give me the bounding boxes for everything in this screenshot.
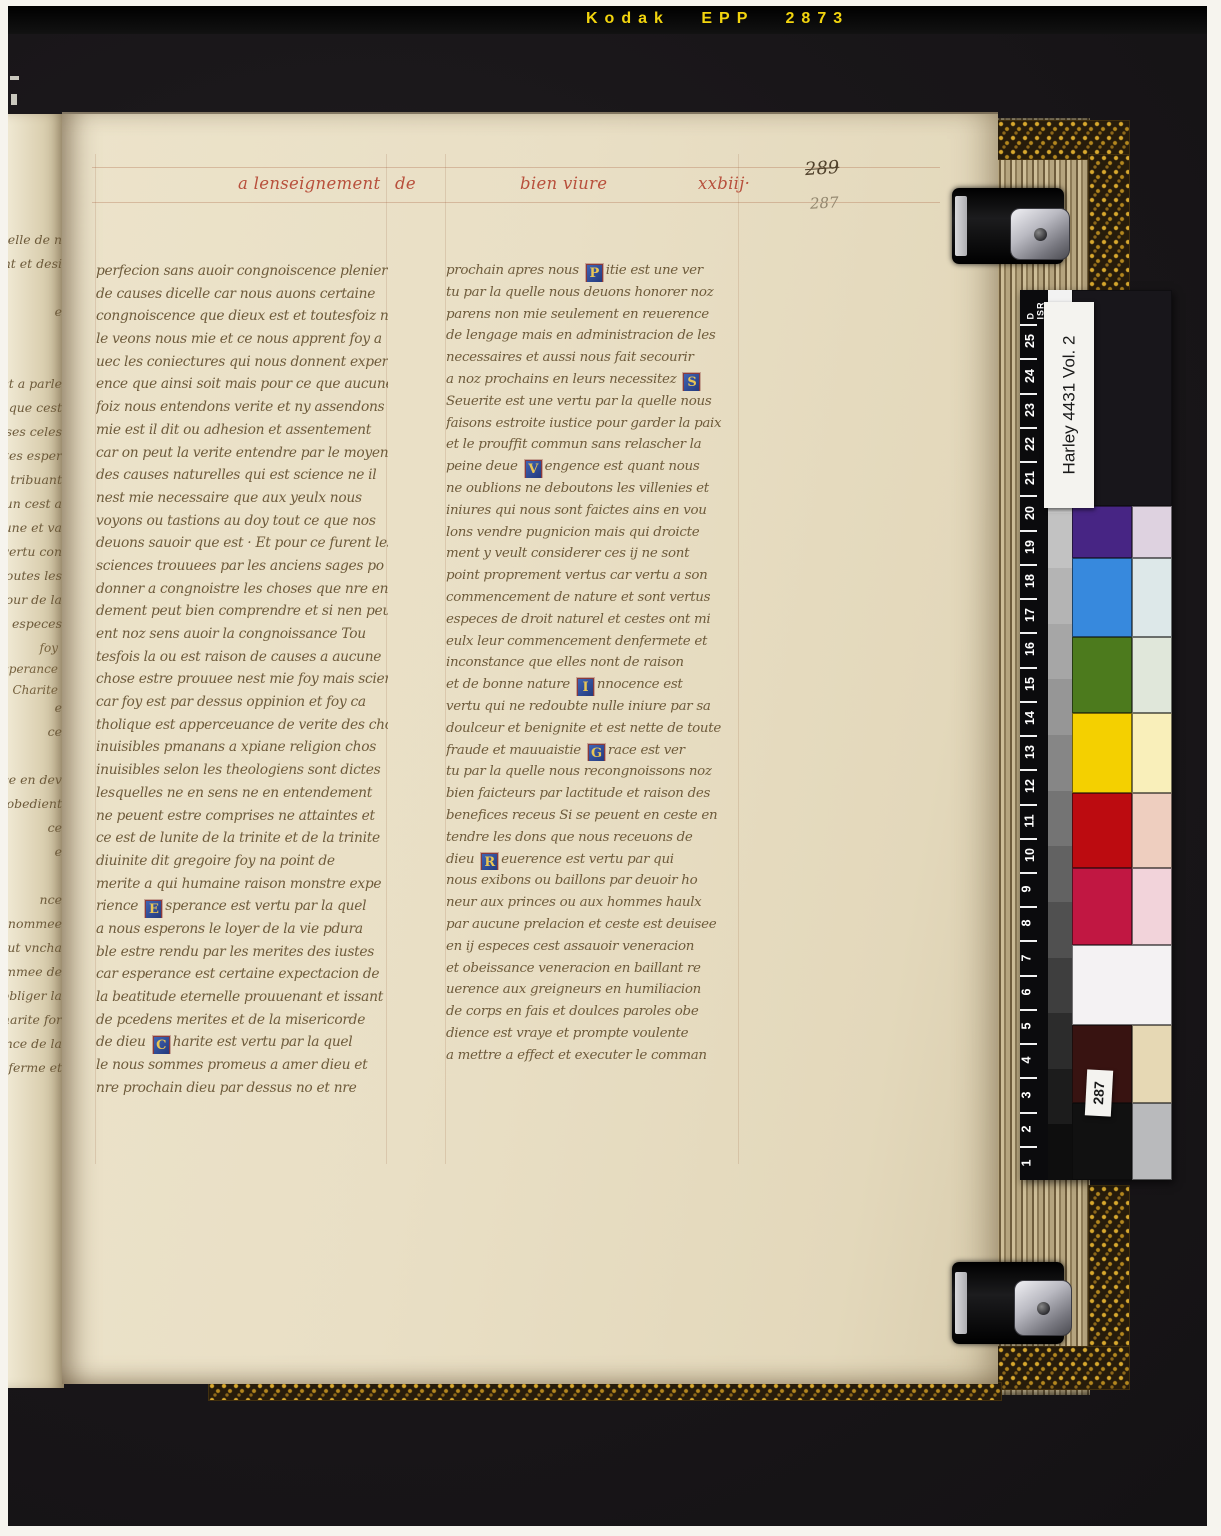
color-patch-crimson — [1072, 868, 1132, 945]
illuminated-initial: G — [588, 744, 605, 762]
manuscript-line: par aucune prelacion et ceste est deuise… — [446, 914, 738, 936]
manuscript-line: tholique est apperceuance de verite des … — [96, 714, 388, 737]
illuminated-initial: R — [481, 853, 498, 871]
manuscript-line: foiz nous entendons verite et ny assendo… — [96, 396, 388, 419]
color-patch-dark-brown-tint — [1132, 1025, 1172, 1103]
fragment-line: e — [8, 840, 62, 864]
fragment-line: noissance de la — [8, 1032, 62, 1056]
manuscript-line: inuisibles pmanans a xpiane religion cho… — [96, 736, 388, 759]
fragment-line: ement et desi — [8, 252, 62, 276]
manuscript-line: de dieu Charite est vertu par la quel — [96, 1031, 388, 1054]
manuscript-line: peine deue Vengence est quant nous — [446, 456, 738, 478]
manuscript-line: a noz prochains en leurs necessitez S — [446, 369, 738, 391]
film-stock-label: Kodak EPP 2873 — [586, 10, 849, 28]
manuscript-line: sciences trouuees par les anciens sages … — [96, 555, 388, 578]
color-patch-crimson-tint — [1132, 868, 1172, 945]
folio-number-pencil: 287 — [810, 193, 840, 212]
fragment-line: ce — [8, 720, 62, 744]
manuscript-line: de corps en fais et doulces paroles obe — [446, 1001, 738, 1023]
fragment-line: ainsi nommee — [8, 912, 62, 936]
fragment-line: ont il est a parle — [8, 372, 62, 396]
manuscript-line: le veons nous mie et ce nous apprent foy… — [96, 328, 388, 351]
manuscript-line: inuisibles selon les theologiens sont di… — [96, 759, 388, 782]
manuscript-line: nre prochain dieu par dessus no et nre — [96, 1077, 388, 1100]
text-column-2: prochain apres nous Pitie est une vertu … — [446, 260, 738, 1066]
gilt-binding-bottom-edge — [985, 1346, 1130, 1390]
manuscript-line: uec les coniectures qui nous donnent exp… — [96, 351, 388, 374]
ruler-tick: 6 — [1020, 975, 1048, 1009]
manuscript-line: dement peut bien comprendre et si nen pe… — [96, 600, 388, 623]
manuscript-line: vertu qui ne redoubte nulle iniure par s… — [446, 696, 738, 718]
manuscript-line: donner a congnoistre les choses que nre … — [96, 578, 388, 601]
manuscript-line: de lengage mais en administracion de les — [446, 325, 738, 347]
manuscript-line: tesfois la ou est raison de causes a auc… — [96, 646, 388, 669]
manuscript-line: especes de droit naturel et cestes ont m… — [446, 609, 738, 631]
color-patch-blue — [1072, 558, 1132, 637]
manuscript-line: et le prouffit commun sans relascher la — [446, 434, 738, 456]
manuscript-line: et obeissance veneracion en baillant re — [446, 958, 738, 980]
color-calibration-strip: D ISR25242322212019181716151413121110987… — [1020, 290, 1172, 1180]
illuminated-initial: P — [586, 264, 603, 282]
color-patch-red — [1072, 793, 1132, 868]
ruler-tick: 2 — [1020, 1112, 1048, 1146]
gray-step — [1048, 958, 1072, 1014]
fragment-line: dicte vertu con — [8, 540, 62, 564]
facing-page-margin-notes: foyEsperanceCharite — [8, 638, 58, 701]
manuscript-line: neur aux princes ou aux hommes haulx — [446, 892, 738, 914]
manuscript-line: eulx leur commencement denfermete et — [446, 631, 738, 653]
illuminated-initial: S — [683, 373, 700, 391]
fragment-line: chacun cest a — [8, 492, 62, 516]
manuscript-line: chose estre prouuee nest mie foy mais sc… — [96, 668, 388, 691]
facing-page-text-fragments: ece ce et ce en devrede obedientcee ncea… — [8, 696, 62, 1080]
film-edge-strip: Kodak EPP 2873 — [8, 6, 1207, 34]
fragment-line: foy — [8, 638, 58, 659]
gray-step — [1048, 1069, 1072, 1125]
fragment-line — [8, 744, 62, 768]
ruler-tick: 11 — [1020, 804, 1048, 838]
color-patch-row — [1072, 506, 1172, 558]
manuscript-line: fraude et mauuaistie Grace est ver — [446, 740, 738, 762]
fragment-line: ement que cest — [8, 396, 62, 420]
ruler-tick: 10 — [1020, 838, 1048, 872]
folio-sticker: 287 — [1085, 1069, 1113, 1116]
manuscript-line: voyons ou tastions au doy tout ce que no… — [96, 510, 388, 533]
background-felt: Kodak EPP 2873 charnelle de nement et de… — [8, 6, 1207, 1526]
manuscript-line: inconstance que elles nont de raison — [446, 652, 738, 674]
manuscript-line: la beatitude eternelle prouuenant et iss… — [96, 986, 388, 1009]
manuscript-line: ence que ainsi soit mais pour ce que auc… — [96, 373, 388, 396]
manuscript-line: bien faicteurs par lactitude et raison d… — [446, 783, 738, 805]
color-patch-yellow-tint — [1132, 713, 1172, 793]
manuscript-line: tu par la quelle nous deuons honorer noz — [446, 282, 738, 304]
manuscript-line: car esperance est certaine expectacion d… — [96, 963, 388, 986]
illuminated-initial: I — [577, 678, 594, 696]
fragment-line — [8, 324, 62, 348]
folio-number-struck: 289 — [804, 157, 840, 180]
clip-label-edge — [955, 1272, 967, 1334]
manuscript-line: et de bonne nature Innocence est — [446, 674, 738, 696]
binder-clip-top-lever — [1010, 208, 1070, 260]
rubric-text: de — [395, 174, 416, 193]
color-patch-violet — [1072, 506, 1132, 558]
color-patch-row — [1072, 868, 1172, 945]
manuscript-line: Seuerite est une vertu par la quelle nou… — [446, 391, 738, 413]
gray-step — [1048, 846, 1072, 902]
fragment-line: elle toutes les — [8, 564, 62, 588]
fragment-line — [8, 864, 62, 888]
fragment-line: nce — [8, 888, 62, 912]
color-patch-blue-tint — [1132, 558, 1172, 637]
manuscript-line: doulceur et benignite et est nette de to… — [446, 718, 738, 740]
ruling-line — [738, 154, 739, 1164]
manuscript-photograph: Kodak EPP 2873 charnelle de nement et de… — [0, 0, 1221, 1536]
fragment-line: ce — [8, 816, 62, 840]
manuscript-line: necessaires et aussi nous fait secourir — [446, 347, 738, 369]
fragment-line: charnelle de n — [8, 228, 62, 252]
ruler-tick: 17 — [1020, 598, 1048, 632]
text-column-1: perfecion sans auoir congnoiscence pleni… — [96, 260, 388, 1099]
ruler-tick: 18 — [1020, 564, 1048, 598]
manuscript-line: car foy est par dessus oppinion et foy c… — [96, 691, 388, 714]
color-patch-white — [1072, 945, 1172, 1025]
fragment-line: vertu tribuant — [8, 468, 62, 492]
manuscript-line: perfecion sans auoir congnoiscence pleni… — [96, 260, 388, 283]
ruler-tick: 12 — [1020, 769, 1048, 803]
facing-page-sliver: charnelle de nement et desi e ont il est… — [8, 114, 64, 1388]
color-patch-row — [1072, 558, 1172, 637]
ruler-tick: 1 — [1020, 1146, 1048, 1180]
binder-clip-bottom-lever — [1014, 1280, 1072, 1336]
fragment-line: nce charite for — [8, 1008, 62, 1032]
color-patch-row — [1072, 713, 1172, 793]
gray-step — [1048, 1124, 1072, 1180]
fragment-line: ce et ce en dev — [8, 768, 62, 792]
manuscript-line: dieu Reuerence est vertu par qui — [446, 849, 738, 871]
fragment-line: e — [8, 696, 62, 720]
manuscript-line: car on peut la verite entendre par le mo… — [96, 442, 388, 465]
manuscript-line: faisons estroite iustice pour garder la … — [446, 413, 738, 435]
film-registration-mark — [11, 94, 17, 105]
manuscript-line: ble estre rendu par les merites des iust… — [96, 941, 388, 964]
rubric-text: bien viure — [520, 174, 607, 193]
manuscript-line: prochain apres nous Pitie est une ver — [446, 260, 738, 282]
color-patch-yellow — [1072, 713, 1132, 793]
fragment-line: rede obedient — [8, 792, 62, 816]
ruler-tick: 8 — [1020, 906, 1048, 940]
manuscript-line: benefices receus Si se peuent en ceste e… — [446, 805, 738, 827]
ruler-tick: 5 — [1020, 1009, 1048, 1043]
ruler-tick: 16 — [1020, 632, 1048, 666]
manuscript-line: tu par la quelle nous recongnoissons noz — [446, 761, 738, 783]
manuscript-line: des causes naturelles qui est science ne… — [96, 464, 388, 487]
manuscript-line: a nous esperons le loyer de la vie pdura — [96, 918, 388, 941]
rubric-text: a lenseignement — [238, 174, 380, 193]
gray-step — [1048, 568, 1072, 624]
gilt-binding-right-edge — [1088, 154, 1130, 306]
manuscript-line: merite a qui humaine raison monstre expe — [96, 873, 388, 896]
manuscript-line: de pcedens merites et de la misericorde — [96, 1009, 388, 1032]
manuscript-line: ne oublions ne deboutons les villenies e… — [446, 478, 738, 500]
manuscript-line: a mettre a effect et executer le comman — [446, 1045, 738, 1067]
fragment-line: Esperance — [8, 659, 58, 680]
ruler-tick: 7 — [1020, 940, 1048, 974]
gray-step — [1048, 791, 1072, 847]
manuscript-line: le nous sommes promeus a amer dieu et — [96, 1054, 388, 1077]
gray-step — [1048, 624, 1072, 680]
gray-step — [1048, 735, 1072, 791]
manuscript-line: de causes dicelle car nous auons certain… — [96, 283, 388, 306]
manuscript-line: lesquelles ne en sens ne en entendement — [96, 782, 388, 805]
manuscript-line: tendre les dons que nous receuons de — [446, 827, 738, 849]
gray-step — [1048, 902, 1072, 958]
ruler-tick: 19 — [1020, 530, 1048, 564]
manuscript-line: dience est vraye et prompte voulente — [446, 1023, 738, 1045]
manuscript-page: a lenseignement de bien viure xxbiij· 28… — [62, 112, 998, 1384]
manuscript-line: nous exibons ou baillons par deuoir ho — [446, 870, 738, 892]
ruler-tick: 13 — [1020, 735, 1048, 769]
shelfmark-label: Harley 4431 Vol. 2 — [1044, 302, 1094, 508]
manuscript-line: point proprement vertus car vertu a son — [446, 565, 738, 587]
color-patch-green — [1072, 637, 1132, 713]
gilt-page-bottom-edge — [208, 1382, 1002, 1401]
color-patch-red-tint — [1132, 793, 1172, 868]
manuscript-line: ment y veult considerer ces ij ne sont — [446, 543, 738, 565]
fragment-line: e autour de la — [8, 588, 62, 612]
film-registration-mark — [10, 76, 19, 80]
manuscript-line: ce est de lunite de la trinite et de la … — [96, 827, 388, 850]
illuminated-initial: C — [153, 1036, 170, 1054]
gilt-binding-right-edge — [1088, 1185, 1130, 1373]
fragment-line: n ces especes — [8, 612, 62, 636]
fragment-line — [8, 276, 62, 300]
fragment-line: ommune et va — [8, 516, 62, 540]
color-patch-row — [1072, 793, 1172, 868]
manuscript-line: rience Esperance est vertu par la quel — [96, 895, 388, 918]
color-patch-violet-tint — [1132, 506, 1172, 558]
fragment-line: quantes esper — [8, 444, 62, 468]
manuscript-line: iniures qui nous sont faictes ains en vo… — [446, 500, 738, 522]
manuscript-line: ent noz sens auoir la congnoissance Tou — [96, 623, 388, 646]
clip-label-edge — [955, 196, 967, 256]
color-patch-green-tint — [1132, 637, 1172, 713]
ruler-tick: 4 — [1020, 1043, 1048, 1077]
ruler-tick: 15 — [1020, 667, 1048, 701]
gray-step — [1048, 679, 1072, 735]
illuminated-initial: E — [145, 900, 162, 918]
color-patch-row — [1072, 945, 1172, 1025]
manuscript-line: commencement de nature et sont vertus — [446, 587, 738, 609]
manuscript-line: deuons sauoir que est · Et pour ce furen… — [96, 532, 388, 555]
manuscript-line: congnoiscence que dieux est et toutesfoi… — [96, 305, 388, 328]
fragment-line: ssion ferme et — [8, 1056, 62, 1080]
gray-step — [1048, 1013, 1072, 1069]
fragment-line: sequeraut vncha — [8, 936, 62, 960]
color-patch-row — [1072, 637, 1172, 713]
ruler-tick: 9 — [1020, 872, 1048, 906]
fragment-line — [8, 348, 62, 372]
manuscript-line: en ij especes cest assauoir veneracion — [446, 936, 738, 958]
fragment-line: denommee de — [8, 960, 62, 984]
rubric-text: xxbiij· — [698, 174, 750, 193]
manuscript-line: diuinite dit gregoire foy na point de — [96, 850, 388, 873]
illuminated-initial: V — [525, 460, 542, 478]
ruler-tick: 14 — [1020, 701, 1048, 735]
manuscript-line: nest mie necessaire que aux yeulx nous — [96, 487, 388, 510]
color-patch-black-2-tint — [1132, 1103, 1172, 1180]
manuscript-line: lons vendre pugnicion mais qui droicte — [446, 522, 738, 544]
ruler-tick: 3 — [1020, 1077, 1048, 1111]
fragment-line: e — [8, 300, 62, 324]
facing-page-text-fragments: charnelle de nement et desi e ont il est… — [8, 228, 62, 636]
fragment-line: che choses celes — [8, 420, 62, 444]
manuscript-line: uerence aux greigneurs en humiliacion — [446, 979, 738, 1001]
manuscript-line: ne peuent estre comprises ne attaintes e… — [96, 805, 388, 828]
manuscript-line: parens non mie seulement en reuerence — [446, 304, 738, 326]
manuscript-line: mie est il dit ou adhesion et assentemen… — [96, 419, 388, 442]
gray-step — [1048, 513, 1072, 569]
fragment-line: et obliger la — [8, 984, 62, 1008]
